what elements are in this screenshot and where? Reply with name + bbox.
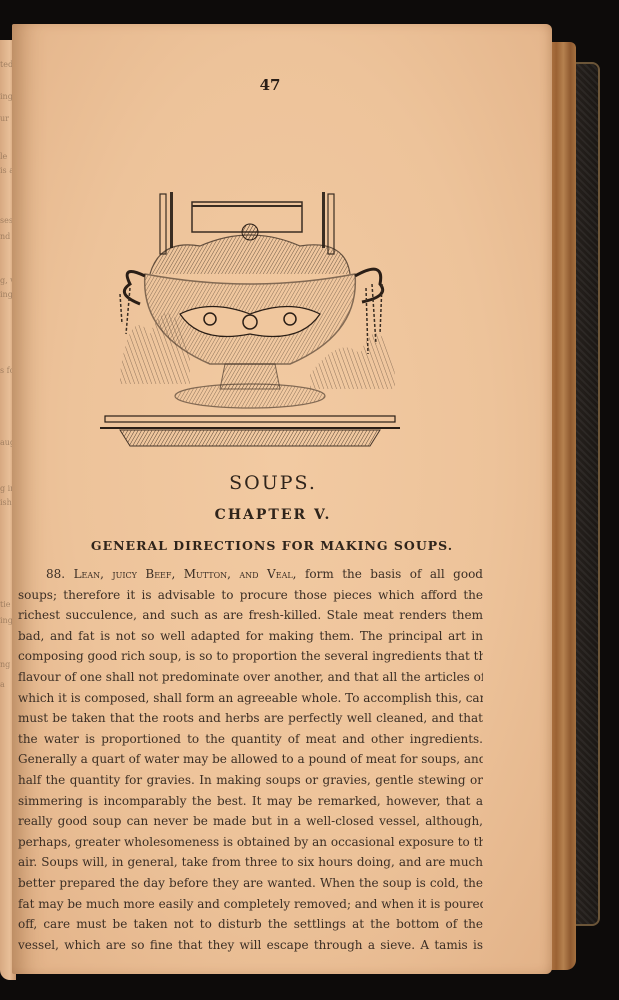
soup-tureen-illustration [100,184,400,454]
text-line: better prepared the day before they are … [18,873,483,894]
text-line: simmering is incomparably the best. It m… [18,791,483,812]
text-line: bad, and fat is not so well adapted for … [18,626,483,647]
subsection-heading: GENERAL DIRECTIONS FOR MAKING SOUPS. [62,538,482,553]
text-line: which it is composed, shall form an agre… [18,688,483,709]
text-line: off, care must be taken not to disturb t… [18,914,483,935]
section-title: SOUPS. [12,472,552,494]
chapter-heading: CHAPTER V. [12,507,552,523]
text-line: half the quantity for gravies. In making… [18,770,483,791]
paragraph-number: 88. [46,567,65,581]
text-line-content: form the basis of all good [305,567,483,581]
text-line: 88. Lean, juicy Beef, Mutton, and Veal, … [18,564,483,585]
text-line: composing good rich soup, is so to propo… [18,646,483,667]
page-number: 47 [12,76,552,94]
text-line: Generally a quart of water may be allowe… [18,749,483,770]
text-line: flavour of one shall not predominate ove… [18,667,483,688]
text-line: vessel, which are so fine that they will… [18,935,483,956]
page-block-edge [548,42,576,970]
lead-in: Lean, juicy Beef, Mutton, and Veal, [74,567,297,581]
text-line: air. Soups will, in general, take from t… [18,852,483,873]
text-line: the water is proportioned to the quantit… [18,729,483,750]
text-line: must be taken that the roots and herbs a… [18,708,483,729]
book-page: 47 [12,24,552,974]
text-line: really good soup can never be made but i… [18,811,483,832]
text-line: richest succulence, and such as are fres… [18,605,483,626]
body-paragraph: 88. Lean, juicy Beef, Mutton, and Veal, … [18,564,483,955]
text-line: perhaps, greater wholesomeness is obtain… [18,832,483,853]
text-line: fat may be much more easily and complete… [18,894,483,915]
text-line: soups; therefore it is advisable to proc… [18,585,483,606]
